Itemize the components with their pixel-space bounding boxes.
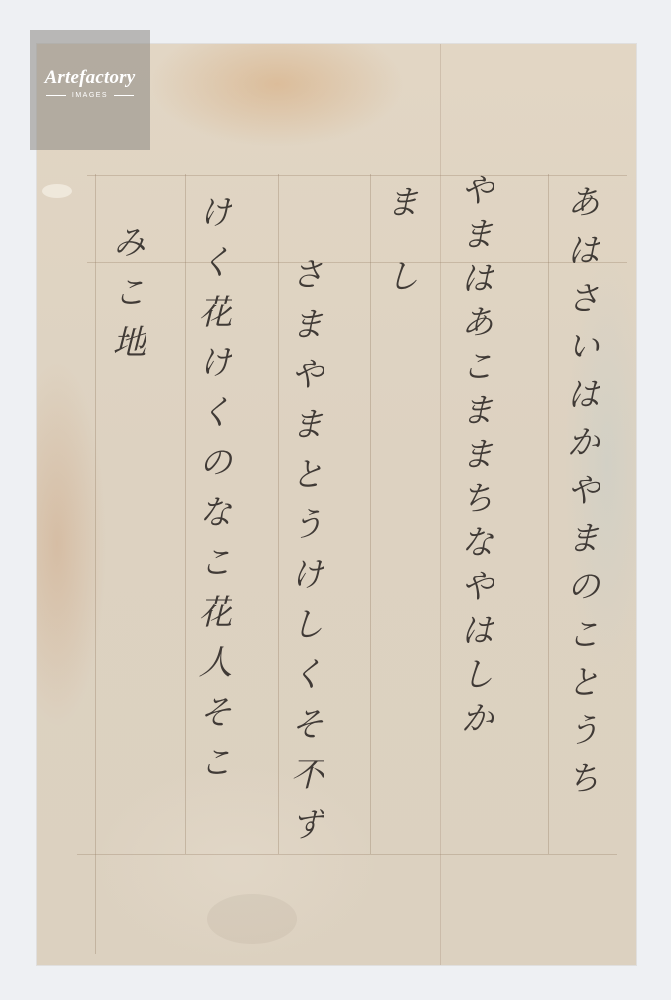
paper-stain (207, 894, 297, 944)
divider-line (114, 95, 134, 96)
text-column-2: やまはあこままちなやはしか (457, 172, 491, 744)
ruled-line (95, 174, 96, 954)
ruled-line (87, 262, 627, 263)
text-column-6: みこ地 (109, 224, 143, 374)
ruled-line (185, 174, 186, 854)
divider-line (46, 95, 66, 96)
manuscript-paper: あはさいはかやまのことうち やまはあこままちなやはしか まし さまやまとうけしく… (37, 44, 636, 965)
ruled-line (77, 854, 617, 855)
ruled-line (87, 175, 627, 176)
ruled-line (548, 174, 549, 854)
watermark-brand: Artefactory (45, 67, 136, 89)
text-column-5: けく花けくのなこ花人そこ (195, 194, 229, 794)
ruled-line (370, 174, 371, 854)
paper-stain (42, 184, 72, 198)
watermark-sub-label: IMAGES (72, 92, 108, 99)
ruled-line (278, 174, 279, 854)
watermark-subtitle: IMAGES (46, 92, 134, 99)
text-column-1: あはさいはかやまのことうち (563, 184, 597, 808)
text-column-4: さまやまとうけしくそ不ず (287, 256, 321, 856)
artefactory-watermark: Artefactory IMAGES (30, 30, 150, 150)
text-column-3: まし (382, 184, 416, 332)
ruled-line (440, 44, 441, 965)
